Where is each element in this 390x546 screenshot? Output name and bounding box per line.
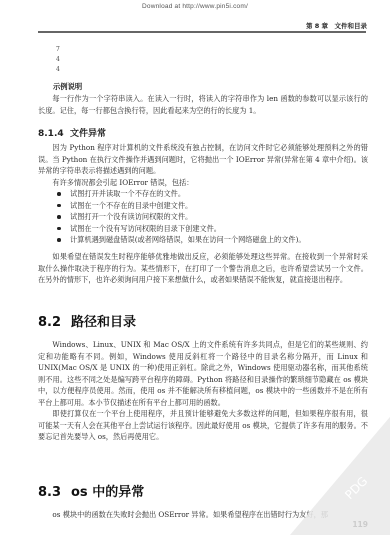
section-number: 8.3 xyxy=(38,485,71,500)
section-heading-8-3: 8.3os 中的异常 xyxy=(38,481,144,500)
section-number: 8.1.4 xyxy=(38,129,70,139)
section-number: 8.2 xyxy=(38,315,71,330)
paragraph: os 模块中的函数在失败时会抛出 OSError 异常。如果希望程序在出错时行为… xyxy=(38,509,368,521)
section-8-1-4-body: 因为 Python 程序对计算机的文件系统没有独占控制，在访问文件时它必须能够处… xyxy=(38,142,368,188)
paragraph: 每一行作为一个字符串读入。在读入一行时，将读入的字符串作为 len 函数的参数可… xyxy=(38,93,368,116)
page-number: 119 xyxy=(352,520,368,529)
section-8-1-4-closing: 如果希望在错误发生时程序能够优雅地做出反应，必须能够处理这些异常。在接收到一个异… xyxy=(38,251,368,286)
list-item: 试图打开一个没有读访问权限的文件。 xyxy=(56,211,366,223)
section-title: os 中的异常 xyxy=(71,485,144,500)
paragraph: 即使打算仅在一个平台上使用程序，并且预计能够避免大多数这样的问题，但如果程序很有… xyxy=(38,408,368,443)
section-8-2-body: Windows、Linux、UNIX 和 Mac OS/X 上的文件系统有许多共… xyxy=(38,339,368,443)
paragraph: Windows、Linux、UNIX 和 Mac OS/X 上的文件系统有许多共… xyxy=(38,339,368,408)
section-8-3-body: os 模块中的函数在失败时会抛出 OSError 异常。如果希望程序在出错时行为… xyxy=(38,509,368,521)
running-header: 第 8 章 文件和目录 xyxy=(306,21,367,30)
section-heading-8-1-4: 8.1.4文件异常 xyxy=(38,126,106,139)
list-item: 试图在一个不存在的目录中创建文件。 xyxy=(56,200,366,212)
header-rule xyxy=(38,31,366,33)
list-item: 试图在一个没有写访问权限的目录下创建文件。 xyxy=(56,223,366,235)
list-item: 计算机遇到磁盘错误(或者网络错误，如果在访问一个网络磁盘上的文件)。 xyxy=(56,234,366,246)
example-label: 示例说明 xyxy=(53,82,82,92)
list-item: 试图打开并读取一个不存在的文件。 xyxy=(56,188,366,200)
ioerror-causes-list: 试图打开并读取一个不存在的文件。 试图在一个不存在的目录中创建文件。 试图打开一… xyxy=(56,188,366,246)
section-title: 路径和目录 xyxy=(71,315,136,330)
svg-text:PDG: PDG xyxy=(342,474,370,502)
download-banner: Download at http://www.pin5i.com/ xyxy=(0,3,390,10)
paragraph: 有许多情况都会引起 IOError 错误，包括： xyxy=(38,177,368,189)
section-title: 文件异常 xyxy=(70,129,106,139)
section-heading-8-2: 8.2路径和目录 xyxy=(38,311,136,330)
code-output-line: 7 xyxy=(56,46,60,53)
paragraph: 如果希望在错误发生时程序能够优雅地做出反应，必须能够处理这些异常。在接收到一个异… xyxy=(38,251,368,286)
code-output-line: 4 xyxy=(56,56,60,63)
code-output-line: 4 xyxy=(56,66,60,73)
example-paragraph: 每一行作为一个字符串读入。在读入一行时，将读入的字符串作为 len 函数的参数可… xyxy=(38,93,368,116)
paragraph: 因为 Python 程序对计算机的文件系统没有独占控制，在访问文件时它必须能够处… xyxy=(38,142,368,177)
